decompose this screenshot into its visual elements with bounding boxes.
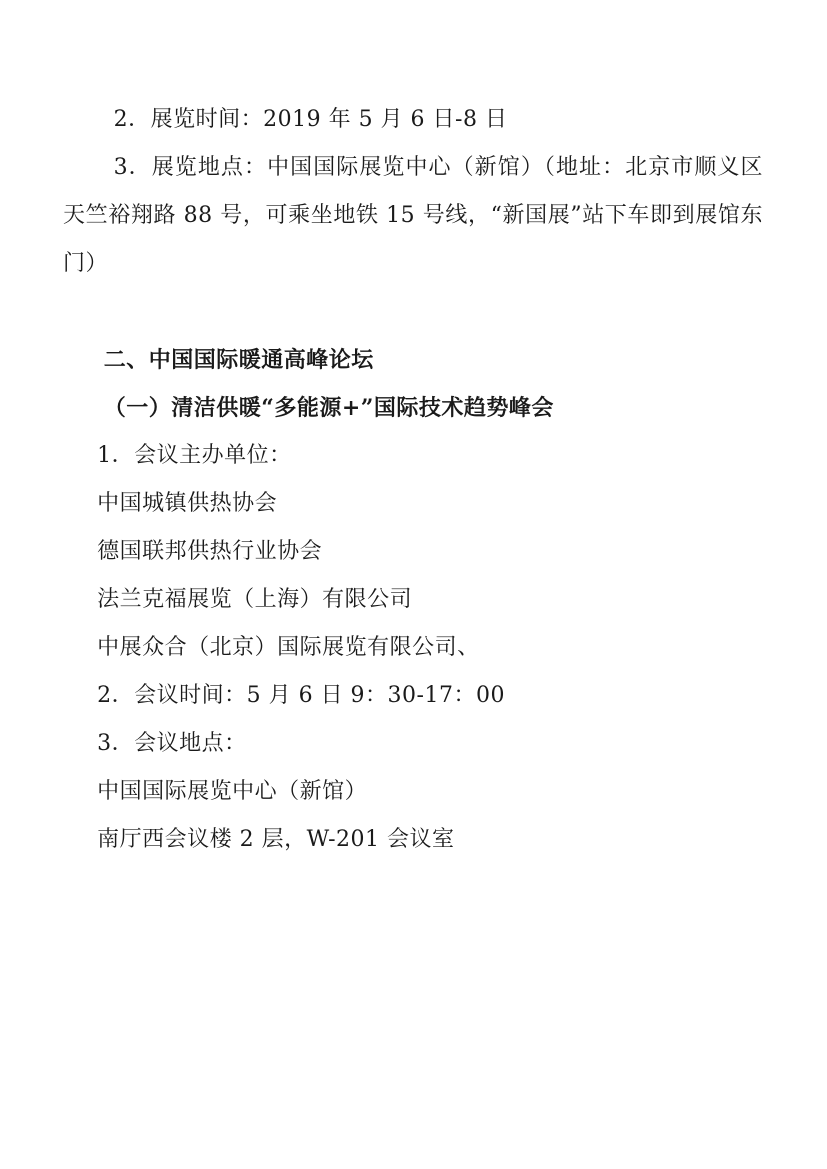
organizer-name-paragraph: 中展众合（北京）国际展览有限公司、: [63, 624, 763, 672]
meeting-venue-paragraph: 中国国际展览中心（新馆）: [63, 768, 763, 816]
document-page: 2．展览时间：2019 年 5 月 6 日-8 日 3．展览地点：中国国际展览中…: [0, 0, 827, 1169]
meeting-organizers-label-paragraph: 1．会议主办单位：: [63, 432, 763, 480]
organizer-name-paragraph: 法兰克福展览（上海）有限公司: [63, 576, 763, 624]
summit-subsection-heading: （一）清洁供暖“多能源+”国际技术趋势峰会: [63, 384, 763, 432]
forum-section-heading: 二、中国国际暖通高峰论坛: [63, 336, 763, 384]
exhibition-time-paragraph: 2．展览时间：2019 年 5 月 6 日-8 日: [63, 96, 763, 144]
meeting-time-paragraph: 2．会议时间：5 月 6 日 9：30-17：00: [63, 672, 763, 720]
exhibition-location-paragraph: 3．展览地点：中国国际展览中心（新馆）（地址：北京市顺义区天竺裕翔路 88 号，…: [63, 144, 763, 288]
meeting-location-label-paragraph: 3．会议地点：: [63, 720, 763, 768]
meeting-room-paragraph: 南厅西会议楼 2 层，W-201 会议室: [63, 816, 763, 864]
blank-line: [63, 288, 763, 336]
organizer-name-paragraph: 中国城镇供热协会: [63, 480, 763, 528]
organizer-name-paragraph: 德国联邦供热行业协会: [63, 528, 763, 576]
